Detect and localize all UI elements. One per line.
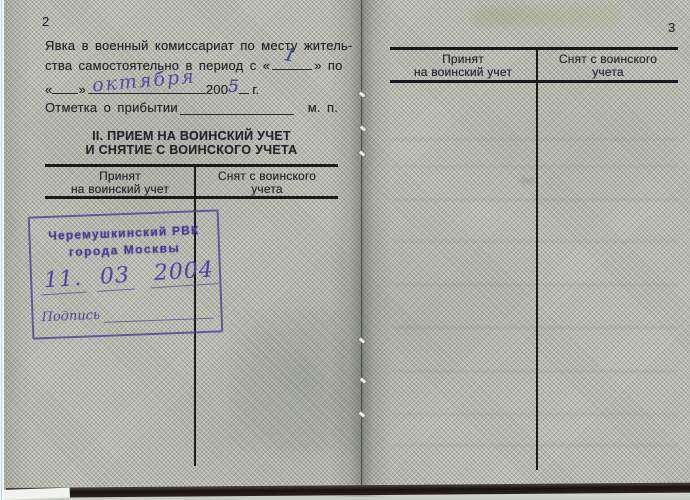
intro-line-2-suffix: » по	[314, 58, 342, 73]
date-from-blank: 1	[272, 57, 312, 70]
arrival-line: Отметка о прибытии м. п.	[45, 100, 338, 115]
left-table-top-rule	[45, 164, 338, 167]
ghost-row-line	[392, 165, 678, 168]
col1-header-line2: на воинский учет	[48, 183, 192, 196]
ghost-row-line	[392, 413, 678, 416]
handwritten-day: 1	[282, 44, 298, 67]
intro-line-1: Явка в военный комиссариат по месту жите…	[45, 38, 353, 53]
date-to-day-blank	[52, 81, 78, 94]
ghost-row-line	[392, 240, 678, 243]
stamp-handwritten-date: 11. 03 2004	[39, 257, 215, 295]
year-printed: 200	[206, 82, 228, 97]
stamp-signature-label: Подпись	[41, 308, 100, 325]
right-page-number: 3	[668, 20, 675, 35]
section-title-line-1: II. ПРИЕМ НА ВОИНСКИЙ УЧЕТ	[45, 129, 338, 143]
col2-header-line1: Снят с воинского	[540, 53, 676, 66]
right-table-header-rule	[390, 80, 678, 83]
right-table-col2-header: Снят с воинского учета	[540, 53, 676, 78]
year-suffix: г.	[252, 82, 259, 97]
stamp-date-day: 11.	[39, 266, 87, 296]
col1-header-line1: Принят	[48, 170, 192, 183]
ghost-row-line	[392, 198, 678, 201]
close-quote: »	[78, 82, 85, 97]
ghost-row-line	[392, 370, 678, 373]
stamp-date-month: 03	[95, 263, 135, 292]
col1-header-line2: на воинский учет	[392, 66, 534, 79]
year-blank	[239, 81, 249, 94]
stamp-city-name: города Москвы	[31, 239, 218, 260]
left-table-col2-header: Снят с воинского учета	[198, 170, 336, 195]
arrival-label: Отметка о прибытии	[45, 100, 178, 115]
right-table-col1-header: Принят на воинский учет	[392, 53, 534, 78]
col2-header-line2: учета	[540, 66, 676, 79]
ghost-mirrored-text	[472, 5, 622, 28]
ghost-row-line	[392, 283, 678, 286]
right-table-top-rule	[390, 47, 678, 50]
right-table-divider	[536, 47, 538, 470]
seal-abbreviation: м. п.	[308, 100, 338, 115]
arrival-blank	[180, 101, 294, 115]
open-quote: «	[45, 82, 52, 97]
left-table-header-rule	[45, 196, 338, 199]
left-table-col1-header: Принят на воинский учет	[48, 170, 192, 195]
ghost-round-stamp-hatch	[230, 310, 370, 450]
section-title-line-2: И СНЯТИЕ С ВОИНСКОГО УЧЕТА	[45, 143, 338, 157]
col1-header-line1: Принят	[392, 53, 534, 66]
ghost-row-line	[392, 138, 678, 141]
scanned-document: 2 Явка в военный комиссариат по месту жи…	[0, 0, 690, 500]
left-page-number: 2	[42, 14, 49, 29]
ghost-row-line	[392, 326, 678, 329]
stamp-signature-line	[103, 304, 214, 323]
stamp-signature-row: Подпись	[41, 304, 213, 326]
col2-header-line2: учета	[198, 183, 336, 196]
stamp-date-year: 2004	[149, 257, 219, 288]
scan-left-edge-line	[1, 0, 2, 500]
handwritten-year-digit: 5	[228, 77, 239, 97]
col2-header-line1: Снят с воинского	[198, 170, 336, 183]
ghost-smudge	[520, 178, 534, 183]
ghost-row-line	[392, 444, 678, 447]
registration-stamp: Черемушкинский РВК города Москвы 11. 03 …	[28, 209, 224, 339]
